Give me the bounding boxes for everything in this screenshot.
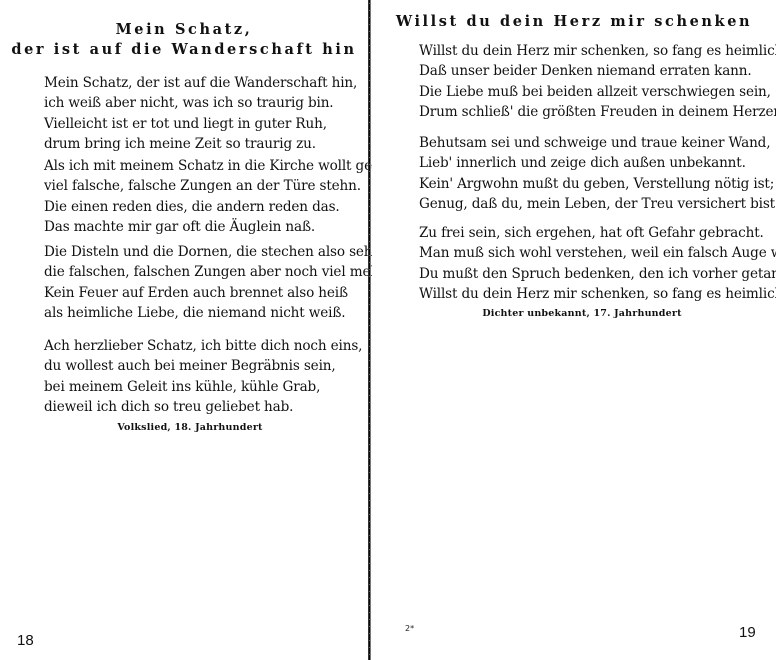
verse-line: viel falsche, falsche Zungen an der Türe… [44, 176, 393, 196]
poem-title-line-1: Mein Schatz, [0, 20, 368, 40]
verse-line: Zu frei sein, sich ergehen, hat oft Gefa… [419, 223, 776, 243]
verse-line: Die Disteln und die Dornen, die stechen … [44, 242, 388, 262]
printer-signature-mark: 2* [405, 624, 414, 633]
verse-line: Daß unser beider Denken niemand erraten … [419, 61, 776, 81]
verse-line: die falschen, falschen Zungen aber noch … [44, 262, 388, 282]
stanza-2: Als ich mit meinem Schatz in die Kirche … [44, 156, 393, 238]
poem-title-line-2: der ist auf die Wanderschaft hin [0, 40, 368, 60]
verse-line: drum bring ich meine Zeit so traurig zu. [44, 134, 357, 154]
verse-line: Willst du dein Herz mir schenken, so fan… [419, 41, 776, 61]
verse-line: als heimliche Liebe, die niemand nicht w… [44, 303, 388, 323]
stanza-3: Zu frei sein, sich ergehen, hat oft Gefa… [419, 223, 776, 305]
verse-line: Die Liebe muß bei beiden allzeit verschw… [419, 82, 776, 102]
verse-line: dieweil ich dich so treu geliebet hab. [44, 397, 362, 417]
verse-line: Als ich mit meinem Schatz in die Kirche … [44, 156, 393, 176]
verse-line: Vielleicht ist er tot und liegt in guter… [44, 114, 357, 134]
verse-line: Lieb' innerlich und zeige dich außen unb… [419, 153, 776, 173]
page-number-right: 19 [739, 624, 756, 641]
poem-title-left: Mein Schatz, der ist auf die Wanderschaf… [0, 20, 368, 60]
verse-line: Mein Schatz, der ist auf die Wanderschaf… [44, 73, 357, 93]
poem-attribution-left: Volkslied, 18. Jahrhundert [60, 422, 320, 433]
right-page: Willst du dein Herz mir schenken Willst … [372, 0, 776, 660]
verse-line: Das machte mir gar oft die Äuglein naß. [44, 217, 393, 237]
stanza-1: Willst du dein Herz mir schenken, so fan… [419, 41, 776, 123]
verse-line: Willst du dein Herz mir schenken, so fan… [419, 284, 776, 304]
verse-line: bei meinem Geleit ins kühle, kühle Grab, [44, 377, 362, 397]
stanza-1: Mein Schatz, der ist auf die Wanderschaf… [44, 73, 357, 155]
stanza-3: Die Disteln und die Dornen, die stechen … [44, 242, 388, 324]
verse-line: ich weiß aber nicht, was ich so traurig … [44, 93, 357, 113]
stanza-4: Ach herzlieber Schatz, ich bitte dich no… [44, 336, 362, 418]
verse-line: du wollest auch bei meiner Begräbnis sei… [44, 356, 362, 376]
verse-line: Drum schließ' die größten Freuden in dei… [419, 102, 776, 122]
verse-line: Man muß sich wohl verstehen, weil ein fa… [419, 243, 776, 263]
page-number-left: 18 [17, 632, 34, 649]
verse-line: Die einen reden dies, die andern reden d… [44, 197, 393, 217]
verse-line: Kein Feuer auf Erden auch brennet also h… [44, 283, 388, 303]
book-gutter-divider [368, 0, 371, 660]
left-page: Mein Schatz, der ist auf die Wanderschaf… [0, 0, 368, 660]
verse-line: Du mußt den Spruch bedenken, den ich vor… [419, 264, 776, 284]
stanza-2: Behutsam sei und schweige und traue kein… [419, 133, 776, 215]
poem-title-right: Willst du dein Herz mir schenken [372, 12, 776, 32]
poem-attribution-right: Dichter unbekannt, 17. Jahrhundert [422, 308, 742, 319]
verse-line: Ach herzlieber Schatz, ich bitte dich no… [44, 336, 362, 356]
verse-line: Kein' Argwohn mußt du geben, Verstellung… [419, 174, 776, 194]
verse-line: Genug, daß du, mein Leben, der Treu vers… [419, 194, 776, 214]
verse-line: Behutsam sei und schweige und traue kein… [419, 133, 776, 153]
